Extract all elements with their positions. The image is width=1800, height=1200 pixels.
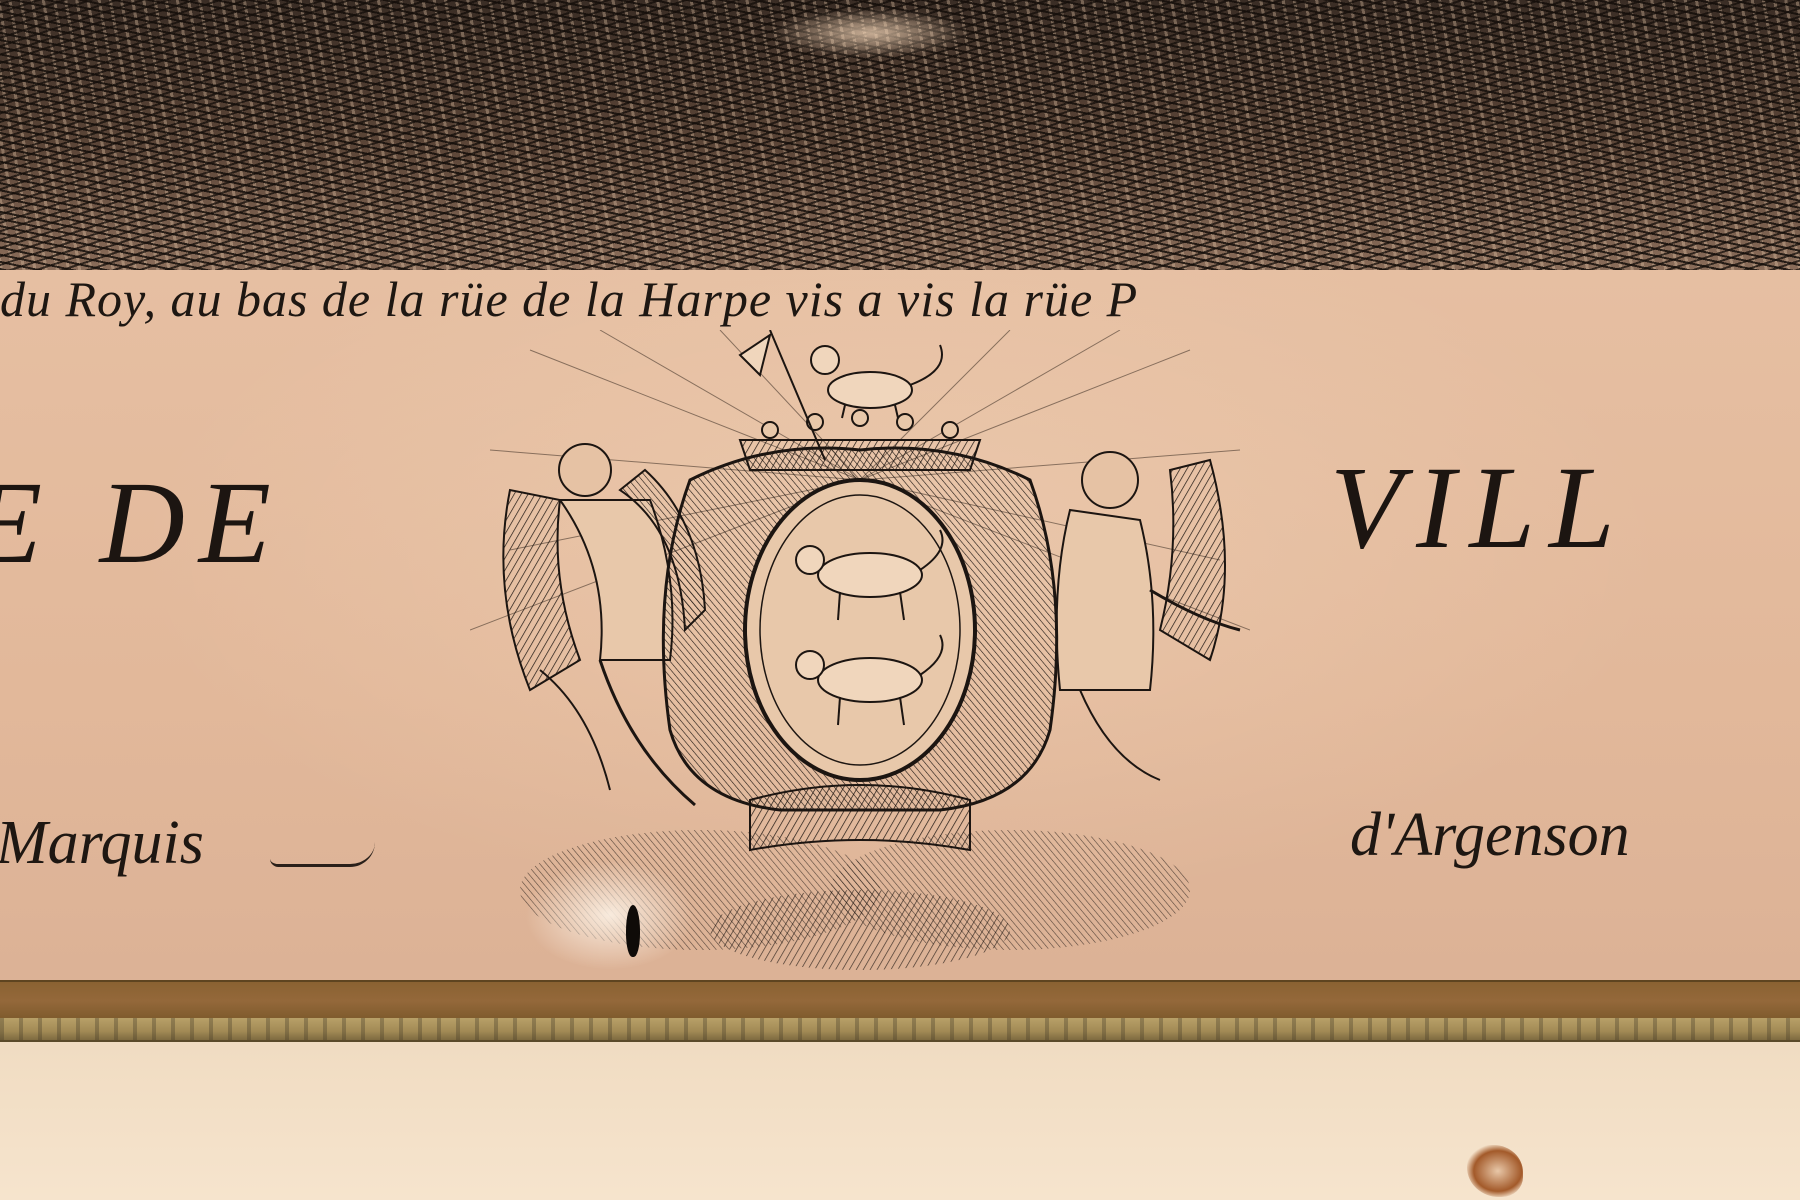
frame-slip bbox=[0, 980, 1800, 1020]
crown-icon bbox=[740, 410, 980, 470]
signature-left: Marquis bbox=[0, 808, 204, 879]
address-text: du Roy, au bas de la rüe de la Harpe vis… bbox=[0, 271, 1138, 327]
engraved-highlight bbox=[770, 8, 970, 58]
mat-board bbox=[0, 1042, 1800, 1200]
engraved-landscape-hatching bbox=[0, 0, 1800, 272]
angel-right bbox=[1057, 452, 1240, 780]
title-fragment-left: E DE bbox=[0, 455, 285, 591]
paper-tear bbox=[525, 860, 695, 970]
shield-oval bbox=[745, 480, 975, 780]
cartouche bbox=[663, 448, 1056, 850]
title-fragment-right: VILL bbox=[1330, 440, 1629, 576]
signature-right: d'Argenson bbox=[1350, 800, 1630, 871]
frame-gilt-edge bbox=[0, 1018, 1800, 1042]
signature-flourish bbox=[270, 842, 375, 867]
publisher-address-line: du Roy, au bas de la rüe de la Harpe vis… bbox=[0, 270, 1800, 328]
paper-hole bbox=[626, 905, 640, 957]
